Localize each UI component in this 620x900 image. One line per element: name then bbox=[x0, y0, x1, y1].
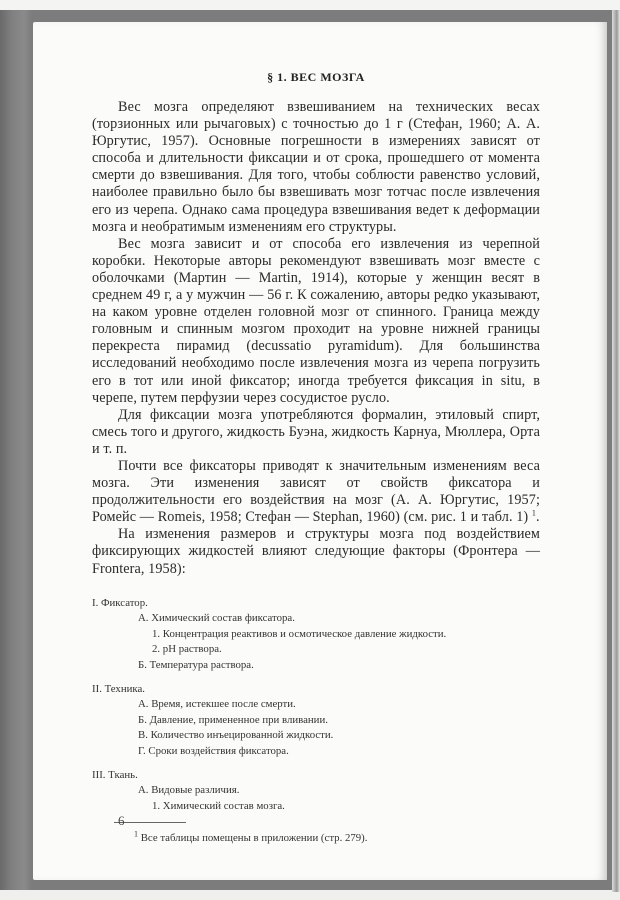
paragraph-4-text: Почти все фиксаторы приводят к значитель… bbox=[92, 458, 540, 525]
page-number: 6 bbox=[118, 813, 125, 829]
footnote-text: Все таблицы помещены в приложении (стр. … bbox=[141, 832, 368, 844]
outline-title: III. Ткань. bbox=[92, 768, 540, 784]
outline-item: А. Видовые различия. bbox=[92, 783, 540, 799]
page-right-edge bbox=[612, 10, 620, 892]
outline-item: 1. Химический состав мозга. bbox=[92, 799, 540, 815]
outline-group-tissue: III. Ткань. А. Видовые различия. 1. Хими… bbox=[92, 768, 540, 815]
scan-bottom-margin bbox=[0, 890, 620, 900]
footnote: 1 Все таблицы помещены в приложении (стр… bbox=[134, 831, 540, 845]
outline-item: 2. pH раствора. bbox=[92, 642, 540, 658]
footnote-reference: 1 bbox=[532, 509, 536, 518]
outline-title: I. Фиксатор. bbox=[92, 596, 540, 612]
factors-outline: I. Фиксатор. А. Химический состав фиксат… bbox=[92, 596, 540, 815]
outline-group-fixator: I. Фиксатор. А. Химический состав фиксат… bbox=[92, 596, 540, 674]
section-heading: § 1. ВЕС МОЗГА bbox=[92, 70, 540, 85]
footnote-marker: 1 bbox=[134, 830, 138, 839]
outline-group-technique: II. Техника. А. Время, истекшее после см… bbox=[92, 682, 540, 760]
page-content: § 1. ВЕС МОЗГА Вес мозга определяют взве… bbox=[92, 70, 540, 845]
paragraph-5: На изменения размеров и структуры мозга … bbox=[92, 526, 540, 577]
outline-item: Б. Температура раствора. bbox=[92, 658, 540, 674]
outline-item: А. Химический состав фиксатора. bbox=[92, 611, 540, 627]
paragraph-3: Для фиксации мозга употребляются формали… bbox=[92, 407, 540, 458]
outline-title: II. Техника. bbox=[92, 682, 540, 698]
outline-item: В. Количество инъецированной жидкости. bbox=[92, 728, 540, 744]
paragraph-4: Почти все фиксаторы приводят к значитель… bbox=[92, 458, 540, 526]
paragraph-1: Вес мозга определяют взвешиванием на тех… bbox=[92, 99, 540, 236]
outline-item: Г. Сроки воздействия фиксатора. bbox=[92, 744, 540, 760]
paragraph-2: Вес мозга зависит и от способа его извле… bbox=[92, 236, 540, 407]
outline-item: А. Время, истекшее после смерти. bbox=[92, 697, 540, 713]
outline-item: Б. Давление, примененное при вливании. bbox=[92, 713, 540, 729]
outline-item: 1. Концентрация реактивов и осмотическое… bbox=[92, 627, 540, 643]
